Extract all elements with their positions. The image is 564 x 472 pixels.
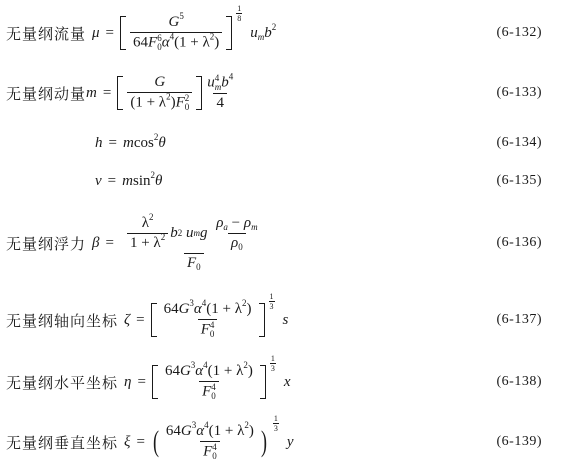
equation-label: 无量纲水平坐标 [6, 372, 118, 393]
equation-label: 无量纲动量 [6, 83, 86, 104]
equation-6-138: 无量纲水平坐标 η= 64G3α4(1 + λ2)F40 13 x (6-138… [0, 358, 564, 406]
bracketed-term: G(1 + λ2)F20 [117, 74, 202, 112]
equation-6-134: h=mcos2θ (6-134) [0, 128, 564, 158]
fraction: λ21 + λ2 b2 umg ρa − ρmρ0 F0 [122, 215, 266, 272]
equation-number: (6-133) [497, 85, 543, 101]
equation-number: (6-134) [497, 135, 543, 151]
left-bracket [117, 76, 123, 110]
equation-6-133: 无量纲动量 m= G(1 + λ2)F20 u4mb44 (6-133) [0, 68, 564, 118]
right-bracket [226, 16, 232, 50]
equation-6-139: 无量纲垂直坐标 ξ= ( 64G3α4(1 + λ2)F40 ) 13 y (6… [0, 418, 564, 466]
right-bracket [196, 76, 202, 110]
equation-label: 无量纲垂直坐标 [6, 432, 118, 453]
equation-number: (6-139) [497, 434, 543, 450]
symbol-mu: μ [92, 25, 100, 42]
equation-number: (6-132) [497, 25, 543, 41]
fraction: G5 64F60α4(1 + λ2) [130, 14, 222, 52]
equation-6-132: 无量纲流量 μ= G5 64F60α4(1 + λ2) 18 umb2 (6-1… [0, 8, 564, 58]
equation-number: (6-138) [497, 374, 543, 390]
equation-6-137: 无量纲轴向坐标 ζ= 64G3α4(1 + λ2)F40 13 s (6-137… [0, 296, 564, 344]
right-paren: ) [261, 427, 267, 457]
equation-number: (6-137) [497, 312, 543, 328]
equation-label: 无量纲浮力 [6, 233, 86, 254]
equation-6-135: v=msin2θ (6-135) [0, 166, 564, 196]
equation-label: 无量纲轴向坐标 [6, 310, 118, 331]
left-bracket [120, 16, 126, 50]
equals: = [106, 25, 114, 42]
equation-number: (6-136) [497, 235, 543, 251]
equation-label: 无量纲流量 [6, 23, 86, 44]
equation-6-136: 无量纲浮力 β= λ21 + λ2 b2 umg ρa − ρmρ0 F0 (6… [0, 208, 564, 278]
bracketed-term: G5 64F60α4(1 + λ2) [120, 14, 232, 52]
symbol-m: m [86, 85, 97, 102]
equals: = [103, 85, 111, 102]
left-paren: ( [153, 427, 159, 457]
equation-number: (6-135) [497, 173, 543, 189]
